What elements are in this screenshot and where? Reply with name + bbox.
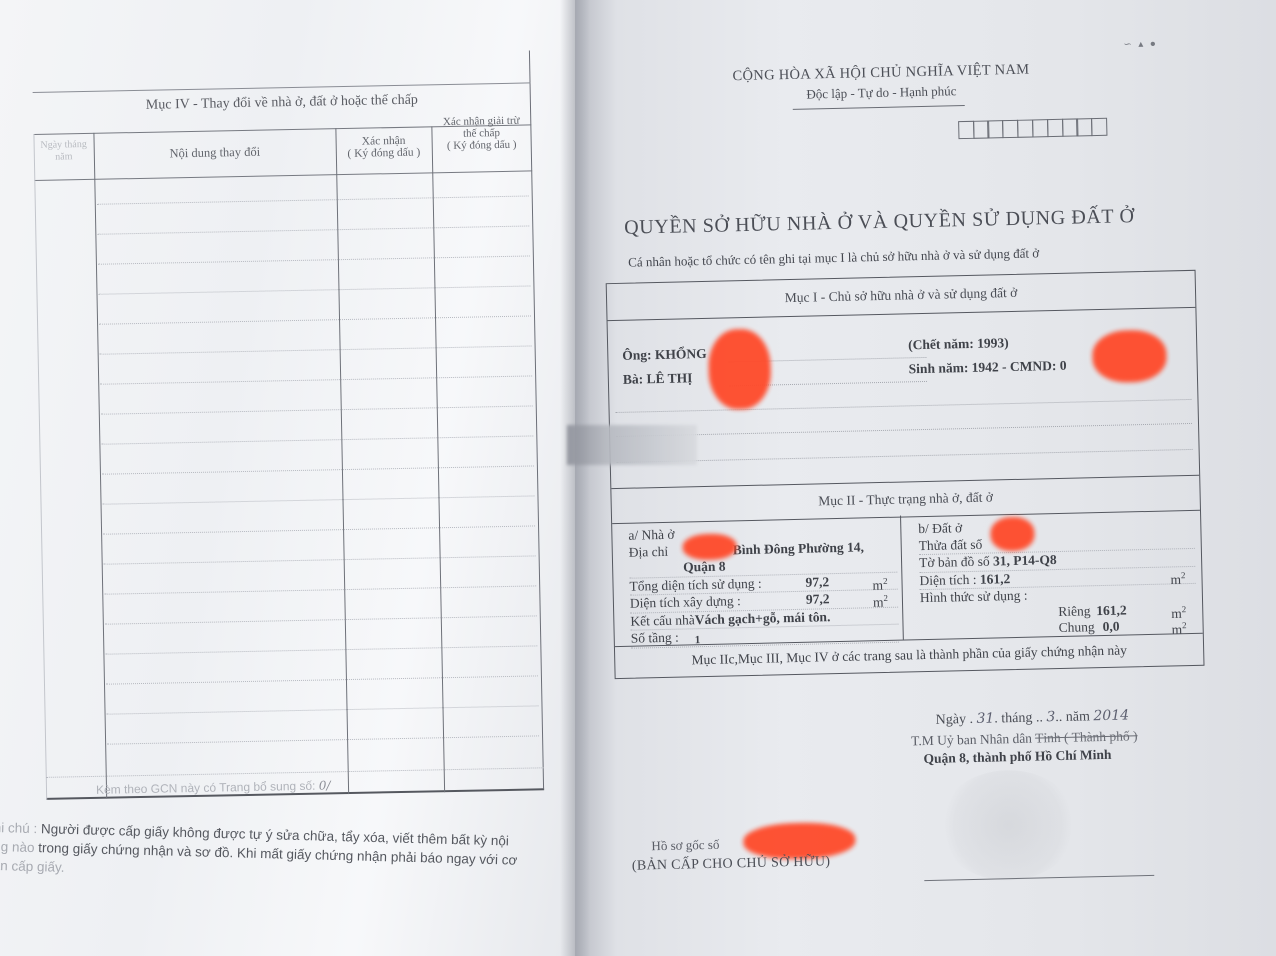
field-label: Hình thức sử dụng :: [920, 588, 1028, 605]
column-header-confirm: Xác nhận ( Ký đóng dấu ): [336, 134, 432, 160]
column-header-release: Xác nhận giải trừ thế chấp ( Ký đóng dấu…: [431, 114, 532, 152]
right-page: ∽ ▴ ● CỘNG HÒA XÃ HỘI CHỦ NGHĨA VIỆT NAM…: [575, 0, 1276, 956]
serial-box: [1091, 118, 1107, 136]
field-value: 97,2: [805, 574, 829, 591]
date-label: tháng: [1001, 711, 1032, 727]
issue-date: Ngày . 31. tháng .. 3.. năm 2014: [935, 707, 1129, 728]
copy-label: (BẢN CẤP CHO CHỦ SỞ HỮU): [632, 854, 831, 874]
column-header-text: ( Ký đóng dấu ): [432, 138, 532, 152]
column-header-text: Ngày tháng: [34, 139, 94, 152]
field-value: 97,2: [806, 591, 830, 608]
table-frame: [32, 50, 544, 799]
field-label: Riêng: [1058, 603, 1091, 620]
national-motto: Độc lập - Tự do - Hạnh phúc: [716, 81, 1046, 104]
redaction-mark: [708, 328, 772, 409]
field-label: Diện tích :: [919, 571, 976, 587]
certificate-title: QUYỀN SỞ HỮU NHÀ Ở VÀ QUYỀN SỬ DỤNG ĐẤT …: [609, 205, 1149, 240]
date-label: năm: [1066, 709, 1090, 725]
field-label: Tổng diện tích sử dụng :: [629, 575, 761, 593]
column-header-date: Ngày tháng năm: [34, 139, 94, 164]
field-label: Số tầng :: [631, 630, 679, 646]
ink-specks: ∽ ▴ ●: [1123, 39, 1158, 51]
owner-2: Bà: LÊ THỊ: [623, 370, 693, 388]
column-header-text: ( Ký đóng dấu ): [336, 146, 432, 160]
supplement-handwritten-value: 0/: [319, 778, 331, 792]
dotted-line: [616, 399, 1192, 413]
page-gutter: [560, 0, 590, 956]
issuing-district: Quận 8, thành phố Hồ Chí Minh: [923, 747, 1111, 767]
field-value: 161,2: [980, 571, 1011, 587]
field-value: Vách gạch+gỗ, mái tôn.: [695, 609, 831, 627]
serial-number-boxes: [959, 118, 1107, 139]
column-header-text: năm: [34, 151, 94, 164]
owner-1: Ông: KHỔNG: [622, 346, 707, 364]
field-label: Tờ bản đồ số: [919, 554, 990, 571]
field-label: Chung: [1058, 619, 1094, 636]
certificate-front: ∽ ▴ ● CỘNG HÒA XÃ HỘI CHỦ NGHĨA VIỆT NAM…: [564, 0, 1276, 956]
field-label: a/ Nhà ở: [628, 527, 674, 543]
field-label: Thửa đất số: [919, 536, 983, 552]
certificate-table: Mục I - Chủ sở hữu nhà ở và sử dụng đất …: [606, 270, 1205, 679]
field-value: 0,0: [1102, 619, 1119, 636]
signature-line: [924, 875, 1154, 881]
land-details: b/ Đất ở Thửa đất số Tờ bản đồ số 31, P1…: [918, 515, 1197, 640]
date-month: 3: [1046, 709, 1055, 725]
authority-struck-text: Tỉnh ( Thành phố ): [1035, 728, 1138, 745]
certificate-note: hi chú : Người được cấp giấy không được …: [0, 818, 534, 889]
field-value: 31, P14-Q8: [993, 552, 1057, 568]
date-day: 31: [976, 710, 994, 726]
official-stamp-signature: [937, 769, 1079, 882]
field-label: Kết cấu nhà: [630, 612, 695, 628]
dotted-line: [616, 423, 1192, 437]
certificate-subtitle: Cá nhân hoặc tổ chức có tên ghi tại mục …: [628, 242, 1168, 270]
redaction-mark: [1092, 329, 1167, 383]
date-label: Ngày: [936, 712, 967, 728]
owner-2-note: Sinh năm: 1942 - CMND: 0: [909, 358, 1067, 378]
owner-1-note: (Chết năm: 1993): [908, 335, 1009, 353]
left-page: Mục IV - Thay đổi về nhà ở, đất ở hoặc t…: [0, 0, 575, 956]
note-text: hi chú :: [0, 820, 41, 836]
field-value: Quận 8: [683, 559, 726, 576]
divider: [793, 105, 965, 110]
field-label: b/ Đất ở: [918, 520, 962, 536]
field-value: 161,2: [1096, 602, 1127, 619]
column-header-text: Xác nhận giải trừ: [431, 114, 531, 128]
redaction-mark: [990, 517, 1035, 552]
date-year: 2014: [1093, 707, 1129, 724]
column-divider: [900, 516, 904, 640]
changes-table: Mục IV - Thay đổi về nhà ở, đất ở hoặc t…: [32, 50, 544, 799]
authority-text: T.M Uỷ ban Nhân dân: [911, 731, 1032, 749]
note-text: ng nào: [0, 839, 38, 855]
house-details: a/ Nhà ở Địa chỉ Bình Đông Phường 14, Qu…: [628, 522, 899, 649]
field-label: Diện tích xây dựng :: [630, 593, 741, 611]
file-number: Hồ sơ gốc số: [651, 837, 719, 855]
field-label: Địa chỉ: [629, 543, 669, 559]
section-i-title: Mục I - Chủ sở hữu nhà ở và sử dụng đất …: [607, 271, 1196, 321]
dotted-line: [617, 449, 1193, 463]
